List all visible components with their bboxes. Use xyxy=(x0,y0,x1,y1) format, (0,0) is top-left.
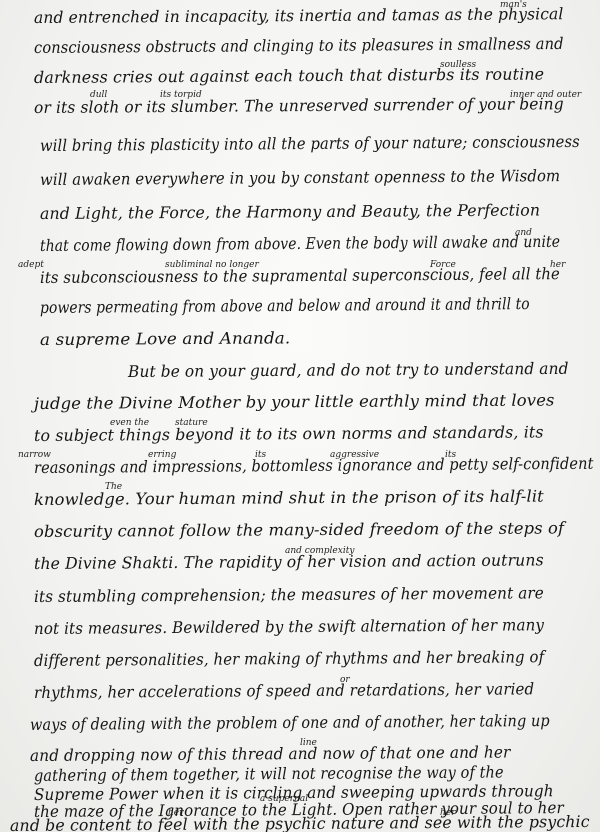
interlinear-insertion: and xyxy=(515,228,532,238)
interlinear-insertion: a supernal xyxy=(260,794,308,804)
interlinear-insertion: erring xyxy=(148,450,176,460)
manuscript-page: and entrenched in incapacity, its inerti… xyxy=(0,0,600,832)
interlinear-insertion: The xyxy=(105,482,122,492)
manuscript-line: reasonings and impressions, bottomless i… xyxy=(34,454,594,477)
interlinear-insertion: inner and outer xyxy=(510,90,581,100)
manuscript-line: or its sloth or its slumber. The unreser… xyxy=(34,94,564,117)
interlinear-insertion: soulless xyxy=(440,60,476,70)
interlinear-insertion: adept xyxy=(18,260,44,270)
manuscript-line: not its measures. Bewildered by the swif… xyxy=(34,615,544,638)
interlinear-insertion: stature xyxy=(175,418,208,428)
manuscript-line: ways of dealing with the problem of one … xyxy=(30,711,550,734)
manuscript-line: and entrenched in incapacity, its inerti… xyxy=(34,4,564,27)
manuscript-line: its subconsciousness to the supramental … xyxy=(40,264,560,287)
manuscript-line: its stumbling comprehension; the measure… xyxy=(34,583,544,606)
interlinear-insertion: narrow xyxy=(18,450,51,460)
interlinear-insertion: aggressive xyxy=(330,450,379,460)
interlinear-insertion: her xyxy=(550,260,565,270)
interlinear-insertion: even the xyxy=(110,418,149,428)
interlinear-insertion: its torpid xyxy=(160,90,202,100)
manuscript-line: will bring this plasticity into all the … xyxy=(40,132,580,155)
manuscript-line: different personalities, her making of r… xyxy=(34,647,544,670)
interlinear-insertion: man's xyxy=(500,0,527,10)
manuscript-line: powers permeating from above and below a… xyxy=(40,294,530,317)
interlinear-insertion: dull xyxy=(90,90,107,100)
manuscript-line: consciousness obstructs and clinging to … xyxy=(34,34,564,57)
manuscript-line: and dropping now of this thread and now … xyxy=(30,742,510,765)
interlinear-insertion: line xyxy=(300,738,317,748)
manuscript-line: obscurity cannot follow the many-sided f… xyxy=(34,518,564,541)
interlinear-insertion: its xyxy=(255,450,266,460)
interlinear-insertion: subliminal no longer xyxy=(165,260,259,270)
manuscript-line: will awaken everywhere in you by constan… xyxy=(40,166,560,189)
paragraph-start-line: But be on your guard, and do not try to … xyxy=(128,359,569,381)
interlinear-insertion: or xyxy=(340,675,350,685)
interlinear-insertion: Force xyxy=(430,260,456,270)
manuscript-line: judge the Divine Mother by your little e… xyxy=(34,390,555,413)
interlinear-insertion: her xyxy=(440,808,455,818)
interlinear-insertion: its xyxy=(445,450,456,460)
manuscript-line: a supreme Love and Ananda. xyxy=(40,328,290,349)
interlinear-insertion: and complexity xyxy=(285,546,354,556)
interlinear-insertion: her xyxy=(168,808,183,818)
manuscript-line: and be content to feel with the psychic … xyxy=(10,812,590,832)
manuscript-line: and Light, the Force, the Harmony and Be… xyxy=(40,200,540,223)
manuscript-line: that come flowing down from above. Even … xyxy=(40,232,560,255)
manuscript-line: rhythms, her accelerations of speed and … xyxy=(34,679,534,702)
